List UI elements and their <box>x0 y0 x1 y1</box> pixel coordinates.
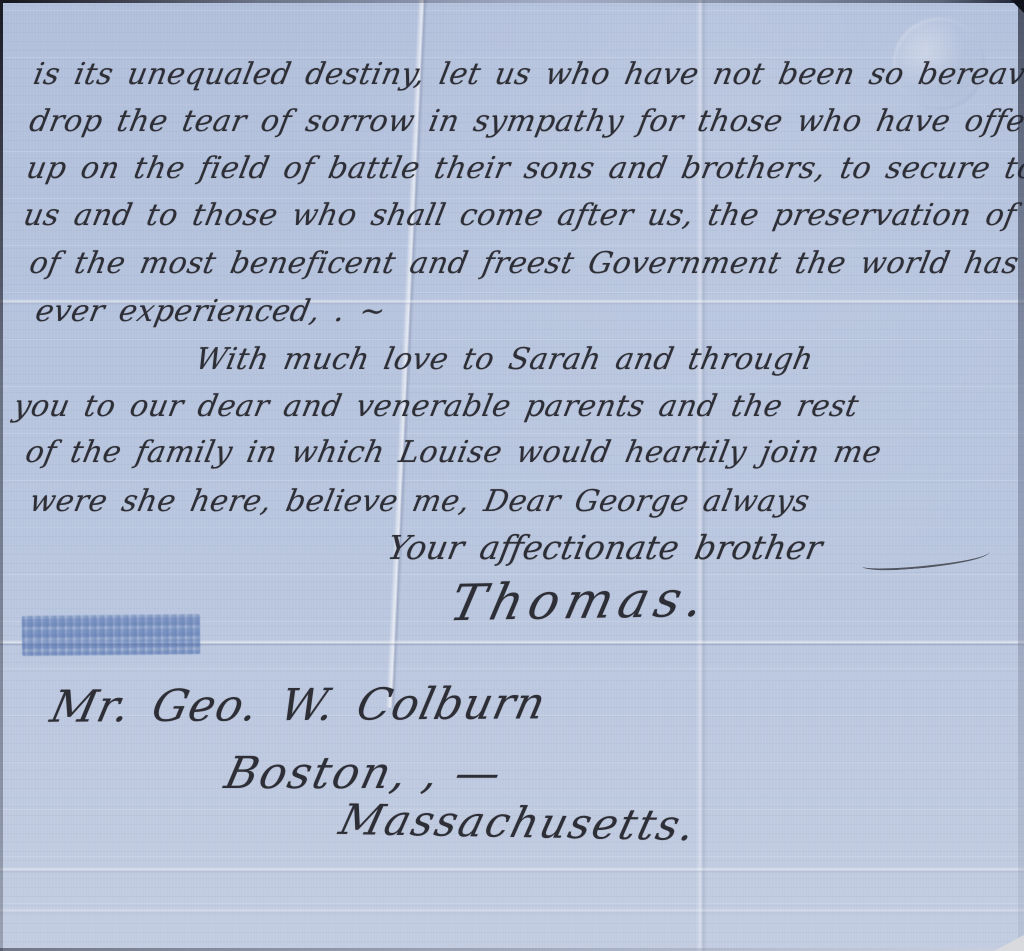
handwriting-line-3: up on the field of battle their sons and… <box>24 151 1024 186</box>
handwriting-line-1: is its unequaled destiny, let us who hav… <box>31 57 1024 92</box>
handwriting-line-5: of the most beneficent and freest Govern… <box>27 246 1022 281</box>
horizontal-fold-crease-3 <box>0 867 1024 873</box>
horizontal-fold-crease-4 <box>0 908 1024 914</box>
scan-corner-bottom-right <box>994 935 1024 951</box>
scan-edge-top <box>0 0 1024 3</box>
scan-edge-right <box>1018 0 1024 951</box>
handwriting-line-2: drop the tear of sorrow in sympathy for … <box>27 104 1024 139</box>
scan-corner-top-right <box>1011 0 1024 13</box>
address-city: Boston, , — <box>220 748 508 799</box>
handwriting-line-10: were she here, believe me, Dear George a… <box>27 484 813 519</box>
letter-page: is its unequaled destiny, let us who hav… <box>0 0 1024 951</box>
ink-transfer-smudge <box>22 614 200 656</box>
signature: Thomas. <box>445 570 716 632</box>
pen-flourish <box>862 546 991 573</box>
address-state: Massachusetts. <box>335 795 703 850</box>
closing-valediction: Your affectionate brother <box>384 528 825 567</box>
address-recipient: Mr. Geo. W. Colburn <box>46 678 551 732</box>
handwriting-line-6: ever experienced, . ~ <box>33 294 389 329</box>
scan-edge-left <box>0 0 3 951</box>
handwriting-line-4: us and to those who shall come after us,… <box>21 198 1020 233</box>
handwriting-line-9: of the family in which Louise would hear… <box>23 435 885 470</box>
handwriting-line-8: you to our dear and venerable parents an… <box>11 389 862 424</box>
handwriting-line-7: With much love to Sarah and through <box>193 342 817 377</box>
